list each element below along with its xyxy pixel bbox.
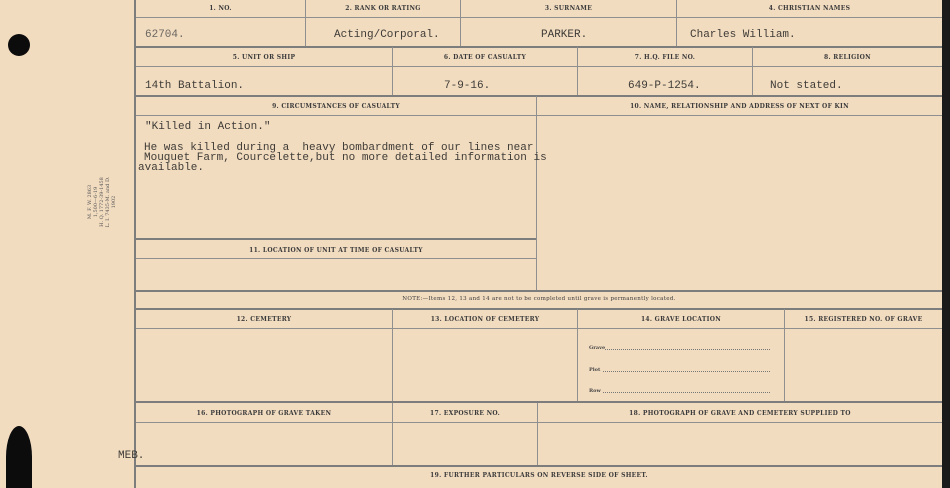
- value-unit: 14th Battalion.: [145, 80, 244, 92]
- divider: [136, 95, 942, 97]
- label-surname: 3. SURNAME: [461, 5, 676, 12]
- label-location-of-unit: 11. LOCATION OF UNIT AT TIME OF CASUALTY: [136, 247, 536, 254]
- label-date: 6. DATE OF CASUALTY: [393, 54, 577, 61]
- grave-field-line: [605, 349, 770, 350]
- value-date: 7-9-16.: [444, 80, 490, 92]
- plot-field-label: Plot: [589, 367, 600, 373]
- casualty-form-card: M. F. W. 2863 1,500—6-19 H. Q. 1772-39-1…: [0, 0, 942, 488]
- row-field-label: Row: [589, 388, 601, 394]
- divider: [136, 308, 942, 310]
- value-christian-names: Charles William.: [690, 29, 796, 41]
- value-surname: PARKER.: [541, 29, 587, 41]
- label-circumstances: 9. CIRCUMSTANCES OF CASUALTY: [136, 103, 536, 110]
- label-next-of-kin: 10. NAME, RELATIONSHIP AND ADDRESS OF NE…: [537, 103, 942, 110]
- divider: [136, 422, 942, 423]
- divider: [136, 401, 942, 403]
- note: NOTE:—Items 12, 13 and 14 are not to be …: [136, 296, 942, 302]
- label-grave-location: 14. GRAVE LOCATION: [578, 316, 784, 323]
- value-hq-file: 649-P-1254.: [628, 80, 701, 92]
- punch-hole-top: [8, 34, 30, 56]
- punch-hole-bottom: [6, 426, 32, 488]
- divider: [136, 46, 942, 48]
- initials: MEB.: [118, 450, 144, 462]
- divider: [136, 328, 942, 329]
- divider: [136, 465, 942, 467]
- label-rank: 2. RANK OR RATING: [306, 5, 460, 12]
- divider: [136, 17, 942, 18]
- circumstances-line: Mouquet Farm, Courcelette,but no more de…: [144, 152, 547, 164]
- divider: [136, 115, 942, 116]
- label-unit: 5. UNIT OR SHIP: [136, 54, 392, 61]
- circumstances-line: "Killed in Action.": [145, 121, 270, 133]
- label-location-of-cemetery: 13. LOCATION OF CEMETERY: [393, 316, 577, 323]
- label-further-particulars: 19. FURTHER PARTICULARS ON REVERSE SIDE …: [136, 472, 942, 479]
- label-christian-names: 4. CHRISTIAN NAMES: [677, 5, 942, 12]
- value-religion: Not stated.: [770, 80, 843, 92]
- col-divider: [536, 96, 537, 290]
- divider: [136, 290, 942, 292]
- divider: [136, 238, 536, 240]
- label-cemetery: 12. CEMETERY: [136, 316, 392, 323]
- divider: [136, 66, 942, 67]
- circumstances-line: available.: [138, 162, 204, 174]
- label-hq-file: 7. H.Q. FILE NO.: [578, 54, 752, 61]
- divider: [136, 258, 536, 259]
- label-registered-no: 15. REGISTERED NO. OF GRAVE: [785, 316, 942, 323]
- plot-field-line: [603, 371, 770, 372]
- label-photo-taken: 16. PHOTOGRAPH OF GRAVE TAKEN: [136, 410, 392, 417]
- grave-field-label: Grave: [589, 345, 605, 351]
- stamp-line: L. I. 7435-M. and D. 1902: [105, 172, 117, 232]
- value-no: 62704.: [145, 29, 185, 41]
- label-no: 1. NO.: [136, 5, 305, 12]
- label-religion: 8. RELIGION: [753, 54, 942, 61]
- label-exposure-no: 17. EXPOSURE NO.: [393, 410, 537, 417]
- row-field-line: [603, 392, 770, 393]
- label-photo-supplied: 18. PHOTOGRAPH OF GRAVE AND CEMETERY SUP…: [538, 410, 942, 417]
- value-rank: Acting/Corporal.: [334, 29, 440, 41]
- margin-stamp: M. F. W. 2863 1,500—6-19 H. Q. 1772-39-1…: [87, 172, 117, 232]
